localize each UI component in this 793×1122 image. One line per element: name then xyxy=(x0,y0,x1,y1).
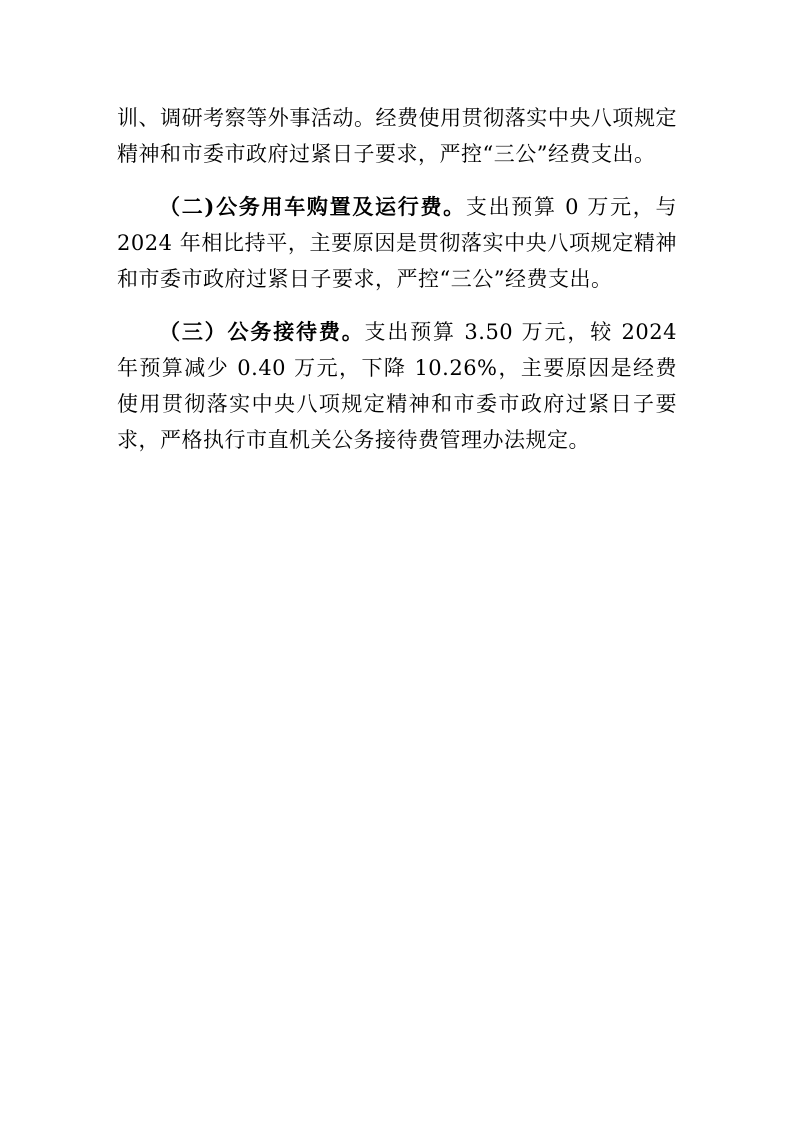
paragraph-continuation: 训、调研考察等外事活动。经费使用贯彻落实中央八项规定精神和市委市政府过紧日子要求… xyxy=(117,100,677,172)
paragraph-vehicle-expense-heading: （二)公务用车购置及运行费。 xyxy=(159,194,466,219)
document-content: 训、调研考察等外事活动。经费使用贯彻落实中央八项规定精神和市委市政府过紧日子要求… xyxy=(117,100,677,475)
paragraph-reception-expense: （三）公务接待费。支出预算 3.50 万元，较 2024 年预算减少 0.40 … xyxy=(117,314,677,458)
paragraph-reception-expense-heading: （三）公务接待费。 xyxy=(159,319,365,344)
paragraph-vehicle-expense: （二)公务用车购置及运行费。支出预算 0 万元，与 2024 年相比持平，主要原… xyxy=(117,189,677,297)
document-page: 训、调研考察等外事活动。经费使用贯彻落实中央八项规定精神和市委市政府过紧日子要求… xyxy=(0,0,793,1122)
paragraph-continuation-text: 训、调研考察等外事活动。经费使用贯彻落实中央八项规定精神和市委市政府过紧日子要求… xyxy=(117,106,677,166)
